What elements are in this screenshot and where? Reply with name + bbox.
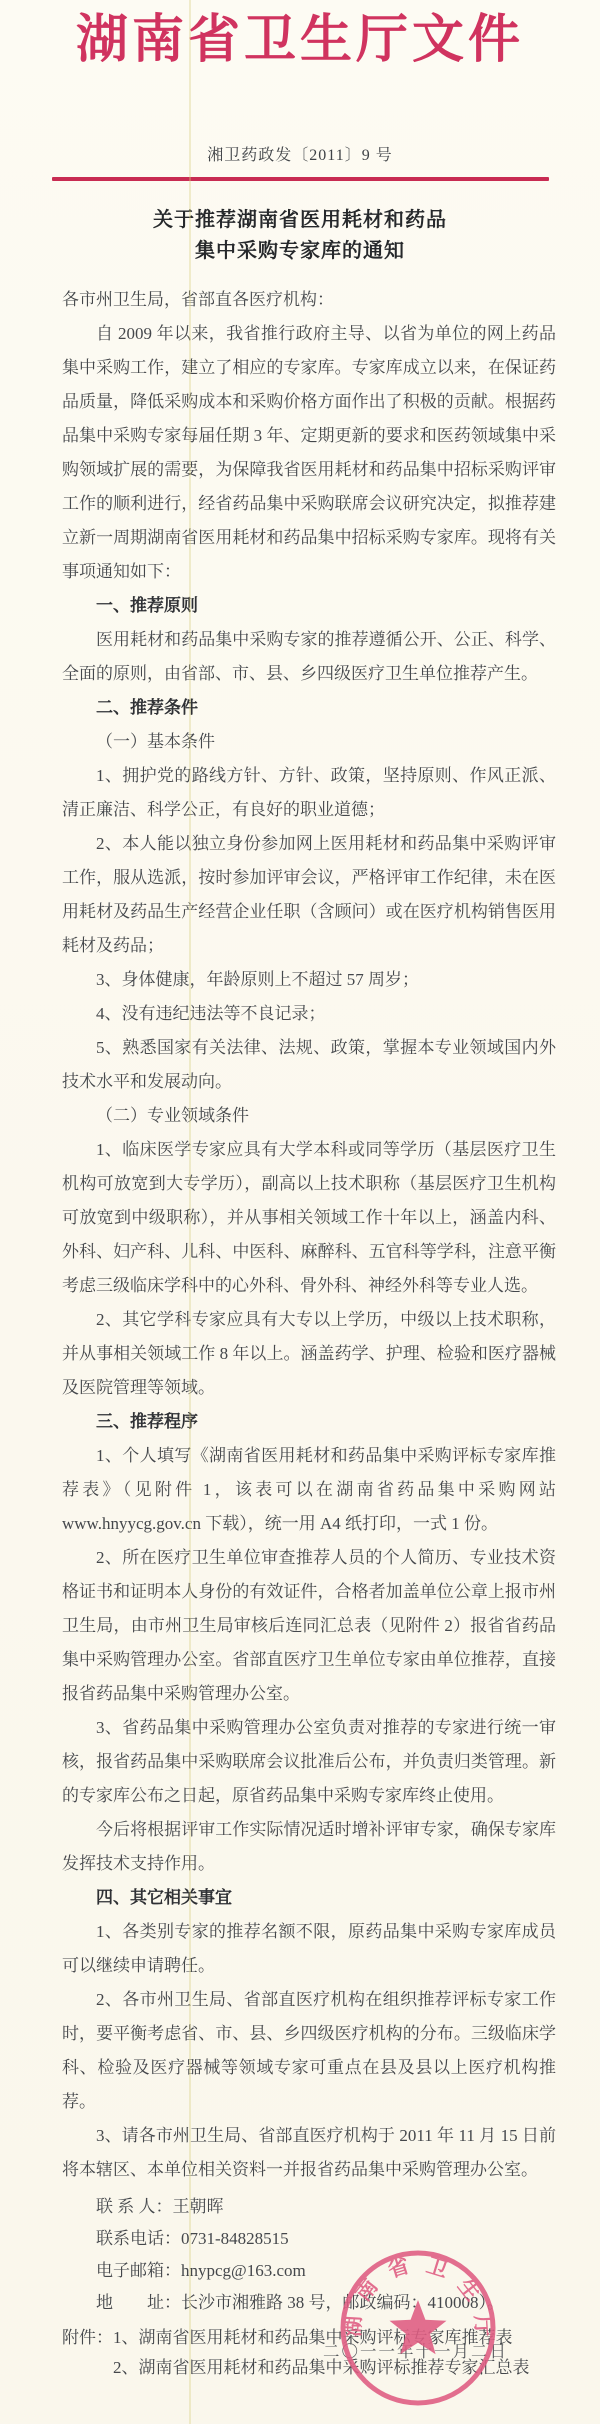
document-body: 各市州卫生局，省部直各医疗机构： 自 2009 年以来，我省推行政府主导、以省为… <box>0 267 600 2187</box>
body-paragraph: 2、本人能以独立身份参加网上医用耗材和药品集中采购评审工作，服从选派，按时参加评… <box>62 827 556 963</box>
contact-block: 联 系 人：王朝晖 联系电话：0731-84828515 电子邮箱：hnypcg… <box>0 2187 600 2319</box>
contact-person: 联 系 人：王朝晖 <box>62 2191 556 2223</box>
body-paragraph: 1、各类别专家的推荐名额不限，原药品集中采购专家库成员可以继续申请聘任。 <box>62 1915 556 1983</box>
body-paragraph: 1、拥护党的路线方针、方针、政策，坚持原则、作风正派、清正廉洁、科学公正，有良好… <box>62 759 556 827</box>
document-page: 湖南省卫生厅文件 湘卫药政发〔2011〕9 号 关于推荐湖南省医用耗材和药品 集… <box>0 0 600 2424</box>
body-paragraph: 3、请各市州卫生局、省部直医疗机构于 2011 年 11 月 15 日前将本辖区… <box>62 2119 556 2187</box>
subsection-heading: （二）专业领域条件 <box>62 1099 556 1133</box>
section-heading-2: 二、推荐条件 <box>62 691 556 725</box>
subsection-heading: （一）基本条件 <box>62 725 556 759</box>
attachments-label: 附件： <box>62 2323 113 2353</box>
body-paragraph: 3、省药品集中采购管理办公室负责对推荐的专家进行统一审核，报省药品集中采购联席会… <box>62 1711 556 1813</box>
notice-title: 关于推荐湖南省医用耗材和药品 集中采购专家库的通知 <box>0 205 600 267</box>
doc-number: 湘卫药政发〔2011〕9 号 <box>0 142 600 165</box>
body-paragraph: 1、个人填写《湖南省医用耗材和药品集中采购评标专家库推荐表》（见附件 1，该表可… <box>62 1439 556 1541</box>
star-icon <box>390 2300 447 2354</box>
body-paragraph: 2、各市州卫生局、省部直医疗机构在组织推荐评标专家工作时，要平衡考虑省、市、县、… <box>62 1983 556 2119</box>
notice-title-line1: 关于推荐湖南省医用耗材和药品 <box>0 205 600 236</box>
section-heading-3: 三、推荐程序 <box>62 1405 556 1439</box>
body-paragraph: 2、所在医疗卫生单位审查推荐人员的个人简历、专业技术资格证书和证明本人身份的有效… <box>62 1541 556 1711</box>
notice-title-line2: 集中采购专家库的通知 <box>0 236 600 267</box>
official-seal: 湖南省卫生厅 <box>338 2248 498 2408</box>
body-paragraph: 1、临床医学专家应具有大学本科或同等学历（基层医疗卫生机构可放宽到大专学历），副… <box>62 1133 556 1303</box>
red-divider-rule <box>52 177 549 181</box>
body-paragraph: 2、其它学科专家应具有大专以上学历，中级以上技术职称，并从事相关领域工作 8 年… <box>62 1303 556 1405</box>
body-paragraph: 医用耗材和药品集中采购专家的推荐遵循公开、公正、科学、全面的原则，由省部、市、县… <box>62 623 556 691</box>
section-heading-1: 一、推荐原则 <box>62 589 556 623</box>
body-paragraph: 今后将根据评审工作实际情况适时增补评审专家，确保专家库发挥技术支持作用。 <box>62 1813 556 1881</box>
section-heading-4: 四、其它相关事宜 <box>62 1881 556 1915</box>
salutation: 各市州卫生局，省部直各医疗机构： <box>62 283 556 317</box>
body-paragraph: 3、身体健康，年龄原则上不超过 57 周岁； <box>62 963 556 997</box>
body-paragraph: 自 2009 年以来，我省推行政府主导、以省为单位的网上药品集中采购工作，建立了… <box>62 317 556 589</box>
body-paragraph: 4、没有违纪违法等不良记录； <box>62 997 556 1031</box>
agency-title: 湖南省卫生厅文件 <box>0 0 600 76</box>
body-paragraph: 5、熟悉国家有关法律、法规、政策，掌握本专业领域国内外技术水平和发展动向。 <box>62 1031 556 1099</box>
